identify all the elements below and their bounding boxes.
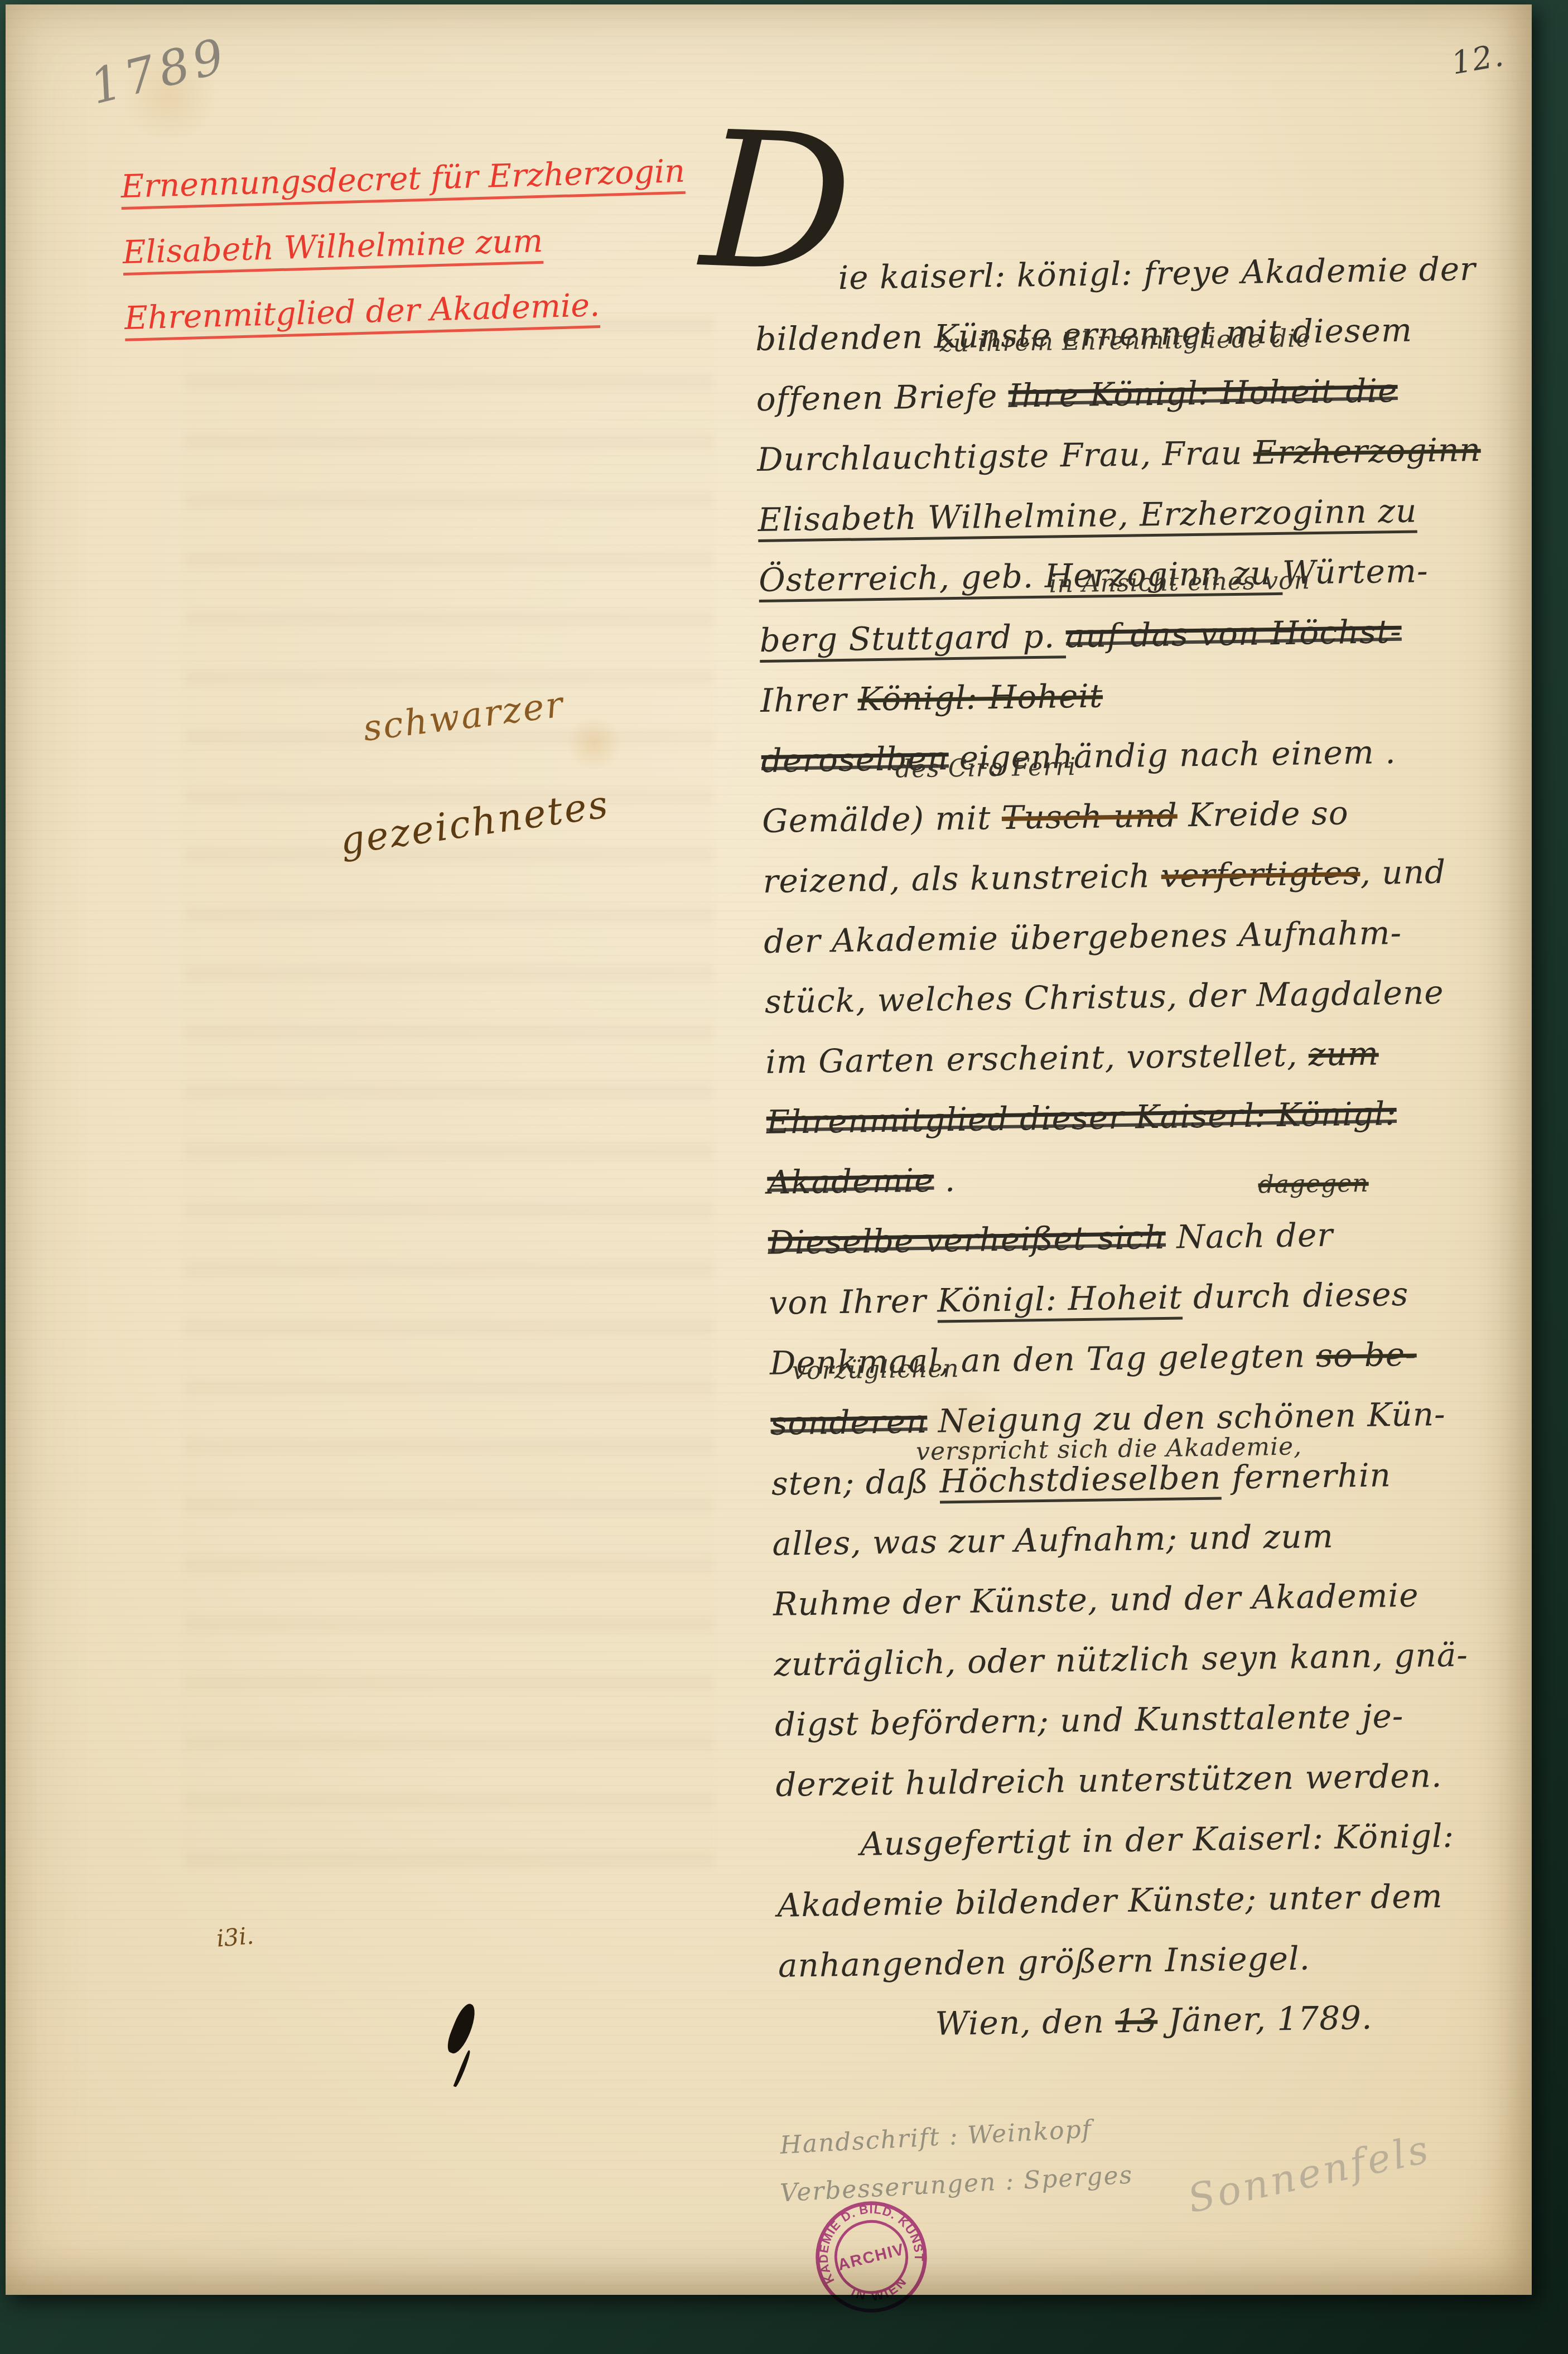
struck-or-marked-text: sonderen — [770, 1391, 928, 1454]
manuscript-text: digst befördern; und Kunsttalente je- — [774, 1697, 1403, 1744]
manuscript-line: Elisabeth Wilhelmine, Erzherzoginn zu — [758, 479, 1539, 550]
manuscript-page: 1789 12. Ernennungsdecret für Erzherzogi… — [6, 4, 1532, 2295]
struck-or-marked-text: so be- — [1316, 1335, 1417, 1375]
paper-stain — [563, 718, 625, 769]
struck-or-marked-text: Ihre Königl: Hoheit die — [1008, 360, 1398, 426]
pencil-year-note: 1789 — [85, 27, 234, 115]
struck-or-marked-text: Akademie — [767, 1150, 934, 1213]
manuscript-text: im Garten erscheint, vorstellet, — [765, 1035, 1309, 1081]
manuscript-text: derzeit huldreich unterstützen werden. — [775, 1757, 1442, 1804]
manuscript-text: , und — [1360, 853, 1446, 892]
manuscript-line: Wien, den 13 Jäner, 1789. — [779, 1985, 1560, 2056]
manuscript-line: berg Stuttgard p. auf das von Höchst- — [759, 599, 1541, 670]
ink-bleed-through — [184, 317, 714, 1868]
struck-or-marked-text: Elisabeth Wilhelmine, Erzherzoginn zu — [758, 491, 1417, 538]
manuscript-text: reizend, als kunstreich — [763, 857, 1161, 900]
struck-or-marked-text: 13 — [1115, 2001, 1158, 2040]
manuscript-body: ie kaiserl: königl: freye Akademie derbi… — [754, 238, 1560, 2056]
manuscript-line: derzeit huldreich unterstützen werden. — [775, 1744, 1557, 1815]
manuscript-text: durch dieses — [1182, 1275, 1409, 1316]
struck-or-marked-text: Dieselbe verheißet sich — [768, 1207, 1166, 1273]
manuscript-text: verspricht sich die Akademie, — [916, 1432, 1302, 1466]
manuscript-line: alles, was zur Aufnahm; und zum — [772, 1503, 1553, 1574]
manuscript-text: des Ciro Ferri — [895, 752, 1077, 784]
manuscript-line: Ausgefertigt in der Kaiserl: Königl: — [776, 1804, 1557, 1875]
manuscript-line: Ehrenmitglied dieser Kaiserl: Königl: — [766, 1081, 1547, 1152]
manuscript-text: Gemälde) mit — [762, 799, 1002, 840]
struck-or-marked-text: Königl: Hoheit — [857, 677, 1103, 718]
margin-archive-number: i3i. — [215, 1922, 255, 1952]
manuscript-text: Jäner, 1789. — [1157, 1999, 1373, 2039]
pencil-note-verbesserungen: Verbesserungen : Sperges — [779, 2160, 1133, 2207]
struck-or-marked-text: dagegen — [1258, 1169, 1369, 1199]
ink-blot — [444, 2001, 480, 2056]
page-number: 12. — [1449, 37, 1507, 82]
struck-or-marked-text: berg Stuttgard p. — [759, 617, 1066, 659]
manuscript-text: anhangenden größern Insiegel. — [778, 1939, 1311, 1984]
manuscript-line: Ruhme der Künste, und der Akademie — [773, 1563, 1554, 1634]
manuscript-text: zuträglich, oder nützlich seyn kann, gnä… — [774, 1636, 1468, 1683]
manuscript-text: alles, was zur Aufnahm; und zum — [772, 1517, 1334, 1563]
manuscript-text: fernerhin — [1221, 1456, 1392, 1496]
margin-chalk-note-line2: gezeichnetes — [337, 783, 612, 864]
manuscript-line: der Akademie übergebenes Aufnahm- — [764, 900, 1545, 972]
manuscript-line: deroselben eigenhändig nach einem . — [761, 720, 1542, 791]
manuscript-line: Dieselbe verheißet sich Nach der — [768, 1202, 1549, 1273]
manuscript-line: reizend, als kunstreich verfertigtes, un… — [763, 840, 1544, 911]
manuscript-line: im Garten erscheint, vorstellet, zum — [765, 1021, 1547, 1092]
manuscript-line: Gemälde) mit Tusch und Kreide so — [762, 780, 1543, 851]
manuscript-text: zu ihrem Ehrenmitgliede die — [939, 324, 1311, 358]
struck-or-marked-text: Tusch und — [1001, 797, 1178, 837]
manuscript-text: sten; daß — [771, 1463, 940, 1503]
manuscript-text: Kreide so — [1177, 794, 1349, 834]
manuscript-line: Akademie . — [767, 1141, 1548, 1213]
manuscript-text: Akademie bildender Künste; unter dem — [777, 1877, 1443, 1924]
manuscript-text: Durchlauchtigste Frau, Frau — [757, 434, 1254, 479]
manuscript-text: ie kaiserl: königl: freye Akademie der — [838, 250, 1476, 297]
manuscript-text: von Ihrer — [769, 1282, 938, 1322]
manuscript-text: Ruhme der Künste, und der Akademie — [773, 1576, 1419, 1623]
manuscript-line: zuträglich, oder nützlich seyn kann, gnä… — [774, 1623, 1555, 1695]
manuscript-text: vorzüglichen — [792, 1354, 959, 1385]
struck-or-marked-text: Königl: Hoheit — [937, 1278, 1183, 1319]
manuscript-line: digst befördern; und Kunsttalente je- — [774, 1684, 1556, 1755]
manuscript-line: Durchlauchtigste Frau, Frau Erzherzoginn — [757, 418, 1538, 490]
margin-chalk-note-line1: schwarzer — [361, 684, 567, 750]
manuscript-line: anhangenden größern Insiegel. — [778, 1924, 1559, 1996]
struck-or-marked-text: Ehrenmitglied dieser Kaiserl: Königl: — [766, 1083, 1397, 1152]
struck-or-marked-text: Erzherzoginn — [1253, 431, 1481, 472]
pencil-note-handschrift: Handschrift : Weinkopf — [779, 2115, 1093, 2159]
manuscript-text: stück, welches Christus, der Magdalene — [764, 973, 1444, 1021]
manuscript-text: der Akademie übergebenes Aufnahm- — [764, 914, 1402, 961]
manuscript-line: stück, welches Christus, der Magdalene — [764, 961, 1546, 1032]
struck-or-marked-text: verfertigtes — [1161, 854, 1360, 895]
stamp-ring-text-bottom: IN WIEN — [846, 2271, 913, 2310]
manuscript-line: Akademie bildender Künste; unter dem — [777, 1864, 1559, 1936]
manuscript-text: Ihrer — [760, 680, 858, 719]
manuscript-text: Nach der — [1165, 1216, 1333, 1256]
struck-or-marked-text: zum — [1308, 1035, 1379, 1074]
manuscript-text: Ausgefertigt in der Kaiserl: Königl: — [860, 1817, 1454, 1863]
manuscript-line: von Ihrer Königl: Hoheit durch dieses — [769, 1262, 1550, 1333]
struck-or-marked-text: auf das von Höchst- — [1065, 601, 1402, 666]
stamp-center-text: ARCHIV — [836, 2240, 906, 2274]
pencil-signature-note: Sonnenfels — [1184, 2126, 1435, 2222]
regest-title: Ernennungsdecret für ErzherzoginElisabet… — [120, 138, 689, 351]
manuscript-text: . — [934, 1161, 956, 1199]
manuscript-text: in Ansicht eines von — [1049, 566, 1310, 599]
manuscript-line: ie kaiserl: königl: freye Akademie der — [754, 238, 1536, 309]
manuscript-text: Wien, den — [935, 2002, 1116, 2043]
manuscript-text: offenen Briefe — [756, 377, 1009, 418]
manuscript-line: offenen Briefe Ihre Königl: Hoheit die — [756, 358, 1537, 430]
manuscript-line: Ihrer Königl: Hoheit — [760, 659, 1542, 731]
